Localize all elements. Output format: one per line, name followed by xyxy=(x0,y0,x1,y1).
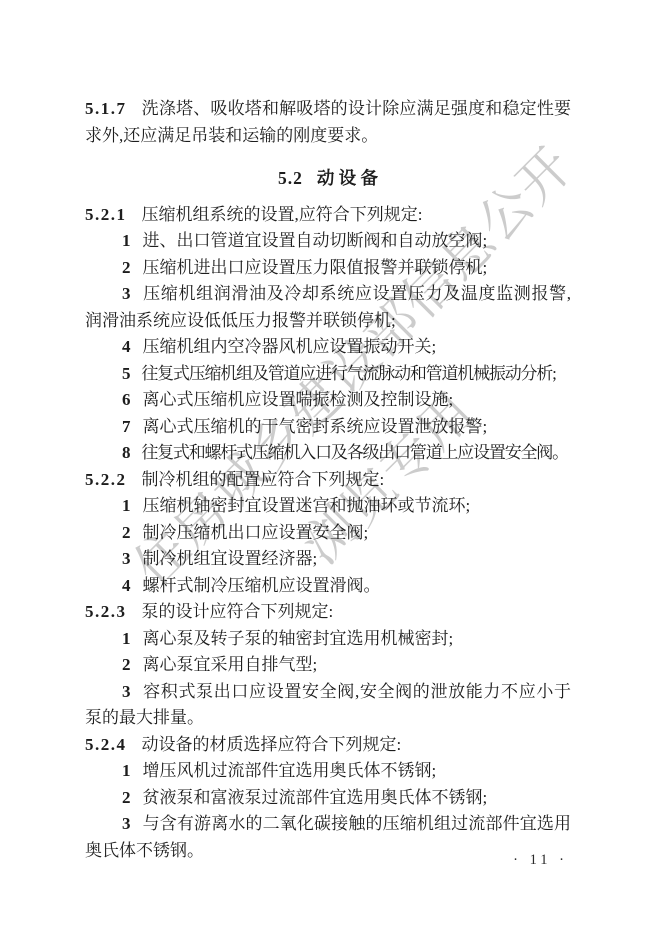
clause-521-number: 5.2.1 xyxy=(85,205,127,224)
clause-521-item-5: 5往复式压缩机组及管道应进行气流脉动和管道机械振动分析; xyxy=(85,361,571,388)
clause-521-item-6: 6离心式压缩机应设置喘振检测及控制设施; xyxy=(85,387,571,414)
section-52-number: 5.2 xyxy=(278,168,303,188)
clause-521-intro: 5.2.1压缩机组系统的设置,应符合下列规定: xyxy=(85,202,571,229)
document-page: 住房城乡建设部信息公开 浏览专用 5.1.7洗涤塔、吸收塔和解吸塔的设计除应满足… xyxy=(0,0,652,946)
clause-523-item-1: 1离心泵及转子泵的轴密封宜选用机械密封; xyxy=(85,626,571,653)
clause-522-item-2: 2制冷压缩机出口应设置安全阀; xyxy=(85,520,571,547)
clause-523-item-3: 3容积式泵出口应设置安全阀,安全阀的泄放能力不应小于泵的最大排量。 xyxy=(85,679,571,732)
clause-522-item-3: 3制冷机组宜设置经济器; xyxy=(85,546,571,573)
clause-521-item-7: 7离心式压缩机的干气密封系统应设置泄放报警; xyxy=(85,414,571,441)
clause-523-item-2: 2离心泵宜采用自排气型; xyxy=(85,652,571,679)
clause-524-intro: 5.2.4动设备的材质选择应符合下列规定: xyxy=(85,732,571,759)
clause-524-item-1: 1增压风机过流部件宜选用奥氏体不锈钢; xyxy=(85,758,571,785)
clause-517: 5.1.7洗涤塔、吸收塔和解吸塔的设计除应满足强度和稳定性要求外,还应满足吊装和… xyxy=(85,96,571,149)
section-52-heading: 5.2动 设 备 xyxy=(85,165,571,192)
clause-521-item-1: 1进、出口管道宜设置自动切断阀和自动放空阀; xyxy=(85,228,571,255)
clause-524-item-3: 3与含有游离水的二氧化碳接触的压缩机组过流部件宜选用奥氏体不锈钢。 xyxy=(85,811,571,864)
clause-521-item-2: 2压缩机进出口应设置压力限值报警并联锁停机; xyxy=(85,255,571,282)
clause-517-text: 洗涤塔、吸收塔和解吸塔的设计除应满足强度和稳定性要求外,还应满足吊装和运输的刚度… xyxy=(85,99,571,145)
clause-521-item-8: 8往复式和螺杆式压缩机入口及各级出口管道上应设置安全阀。 xyxy=(85,440,571,467)
page-number: · 11 · xyxy=(513,852,568,869)
clause-521-item-4: 4压缩机组内空冷器风机应设置振动开关; xyxy=(85,334,571,361)
clause-524-number: 5.2.4 xyxy=(85,735,127,754)
clause-524-item-2: 2贫液泵和富液泵过流部件宜选用奥氏体不锈钢; xyxy=(85,785,571,812)
clause-521-item-3: 3压缩机组润滑油及冷却系统应设置压力及温度监测报警,润滑油系统应设低低压力报警并… xyxy=(85,281,571,334)
clause-522-number: 5.2.2 xyxy=(85,470,127,489)
clause-517-number: 5.1.7 xyxy=(85,99,127,118)
clause-522-item-4: 4螺杆式制冷压缩机应设置滑阀。 xyxy=(85,573,571,600)
page-body: 5.1.7洗涤塔、吸收塔和解吸塔的设计除应满足强度和稳定性要求外,还应满足吊装和… xyxy=(85,96,571,864)
clause-523-intro: 5.2.3泵的设计应符合下列规定: xyxy=(85,599,571,626)
clause-522-intro: 5.2.2制冷机组的配置应符合下列规定: xyxy=(85,467,571,494)
clause-523-number: 5.2.3 xyxy=(85,602,127,621)
section-52-title: 动 设 备 xyxy=(317,168,378,188)
clause-522-item-1: 1压缩机轴密封宜设置迷宫和抛油环或节流环; xyxy=(85,493,571,520)
